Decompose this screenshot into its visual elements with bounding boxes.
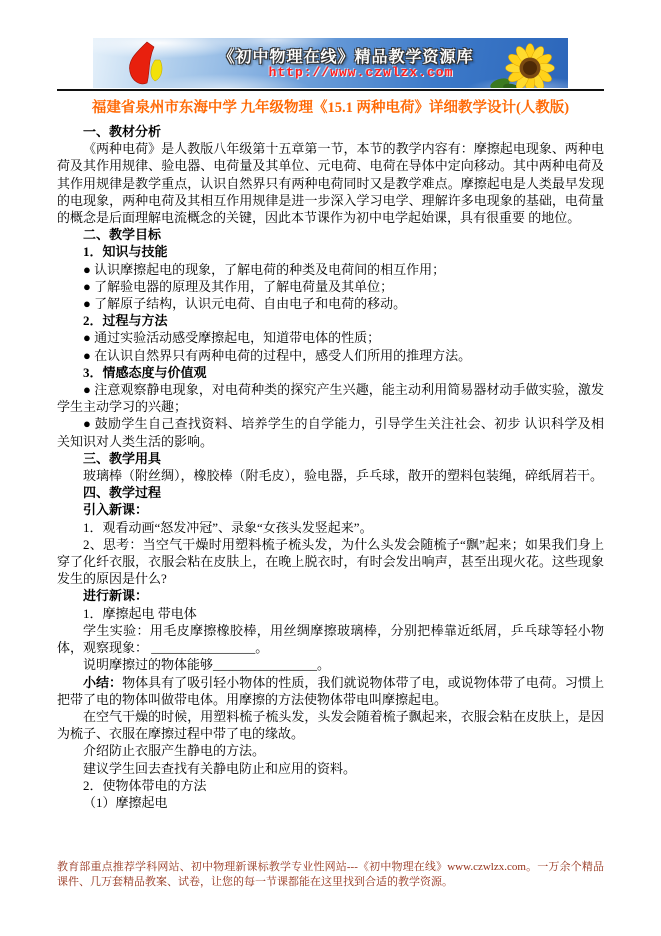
section-heading: 三、教学用具 <box>57 450 604 467</box>
bullet-item: ● 了解验电器的原理及其作用，了解电荷量及其单位； <box>57 278 604 295</box>
paragraph: 建议学生回去查找有关静电防止和应用的资料。 <box>57 760 604 777</box>
paragraph: 1．观看动画“怒发冲冠”、录象“女孩头发竖起来”。 <box>57 519 604 536</box>
sunflower-icon <box>468 38 564 88</box>
site-name: 《初中物理在线》精品教学资源库 <box>181 44 511 67</box>
section-heading: 二、教学目标 <box>57 226 604 243</box>
site-url-link[interactable]: http://www.czwlzx.com <box>221 65 501 80</box>
paragraph: 2、思考：当空气干燥时用塑料梳子梳头发，为什么头发会随梳子“飘”起来；如果我们身… <box>57 536 604 588</box>
footer-promo-text: 教育部重点推荐学科网站、初中物理新课标教学专业性网站---《初中物理在线》www… <box>57 860 604 890</box>
paragraph: 《两种电荷》是人教版八年级第十五章第一节，本节的教学内容有：摩擦起电现象、两种电… <box>57 140 604 226</box>
document-body: 一、教材分析《两种电荷》是人教版八年级第十五章第一节，本节的教学内容有：摩擦起电… <box>57 123 604 811</box>
paragraph: 1．摩擦起电 带电体 <box>57 605 604 622</box>
paragraph: 小结：物体具有了吸引轻小物体的性质，我们就说物体带了电，或说物体带了电荷。习惯上… <box>57 674 604 708</box>
paragraph: （1）摩擦起电 <box>57 794 604 811</box>
paragraph: 学生实验：用毛皮摩擦橡胶棒，用丝绸摩擦玻璃棒，分别把棒靠近纸屑，乒乓球等轻小物体… <box>57 622 604 656</box>
section-heading: 一、教材分析 <box>57 123 604 140</box>
paragraph: 玻璃棒（附丝绸），橡胶棒（附毛皮），验电器，乒乓球，散开的塑料包装绳，碎纸屑若干… <box>57 467 604 484</box>
section-heading: 2．过程与方法 <box>57 312 604 329</box>
section-heading: 引入新课： <box>57 501 604 518</box>
bullet-item: ● 通过实验活动感受摩擦起电，知道带电体的性质； <box>57 329 604 346</box>
section-heading: 3．情感态度与价值观 <box>57 364 604 381</box>
header-divider <box>57 89 604 91</box>
paragraph: 2．使物体带电的方法 <box>57 777 604 794</box>
paragraph: 说明摩擦过的物体能够________________。 <box>57 656 604 673</box>
paragraph: 介绍防止衣服产生静电的方法。 <box>57 742 604 759</box>
site-banner: 《初中物理在线》精品教学资源库 http://www.czwlzx.com <box>93 38 568 88</box>
section-heading: 四、教学过程 <box>57 484 604 501</box>
bullet-item: ● 鼓励学生自己查找资料、培养学生的自学能力，引导学生关注社会、初步 认识科学及… <box>57 415 604 449</box>
paragraph: 在空气干燥的时候，用塑料梳子梳头发，头发会随着梳子飘起来，衣服会粘在皮肤上，是因… <box>57 708 604 742</box>
bullet-item: ● 在认识自然界只有两种电荷的过程中，感受人们所用的推理方法。 <box>57 347 604 364</box>
bullet-item: ● 了解原子结构，认识元电荷、自由电子和电荷的移动。 <box>57 295 604 312</box>
document-page: { "banner": { "site_name": "《初中物理在线》精品教学… <box>0 0 661 936</box>
site-logo-icon <box>121 41 169 87</box>
page-title: 福建省泉州市东海中学 九年级物理《15.1 两种电荷》详细教学设计(人教版) <box>28 96 633 117</box>
section-heading: 1．知识与技能 <box>57 243 604 260</box>
bullet-item: ● 注意观察静电现象，对电荷种类的探究产生兴趣，能主动利用简易器材动手做实验，激… <box>57 381 604 415</box>
bullet-item: ● 认识摩擦起电的现象，了解电荷的种类及电荷间的相互作用； <box>57 261 604 278</box>
section-heading: 进行新课： <box>57 587 604 604</box>
